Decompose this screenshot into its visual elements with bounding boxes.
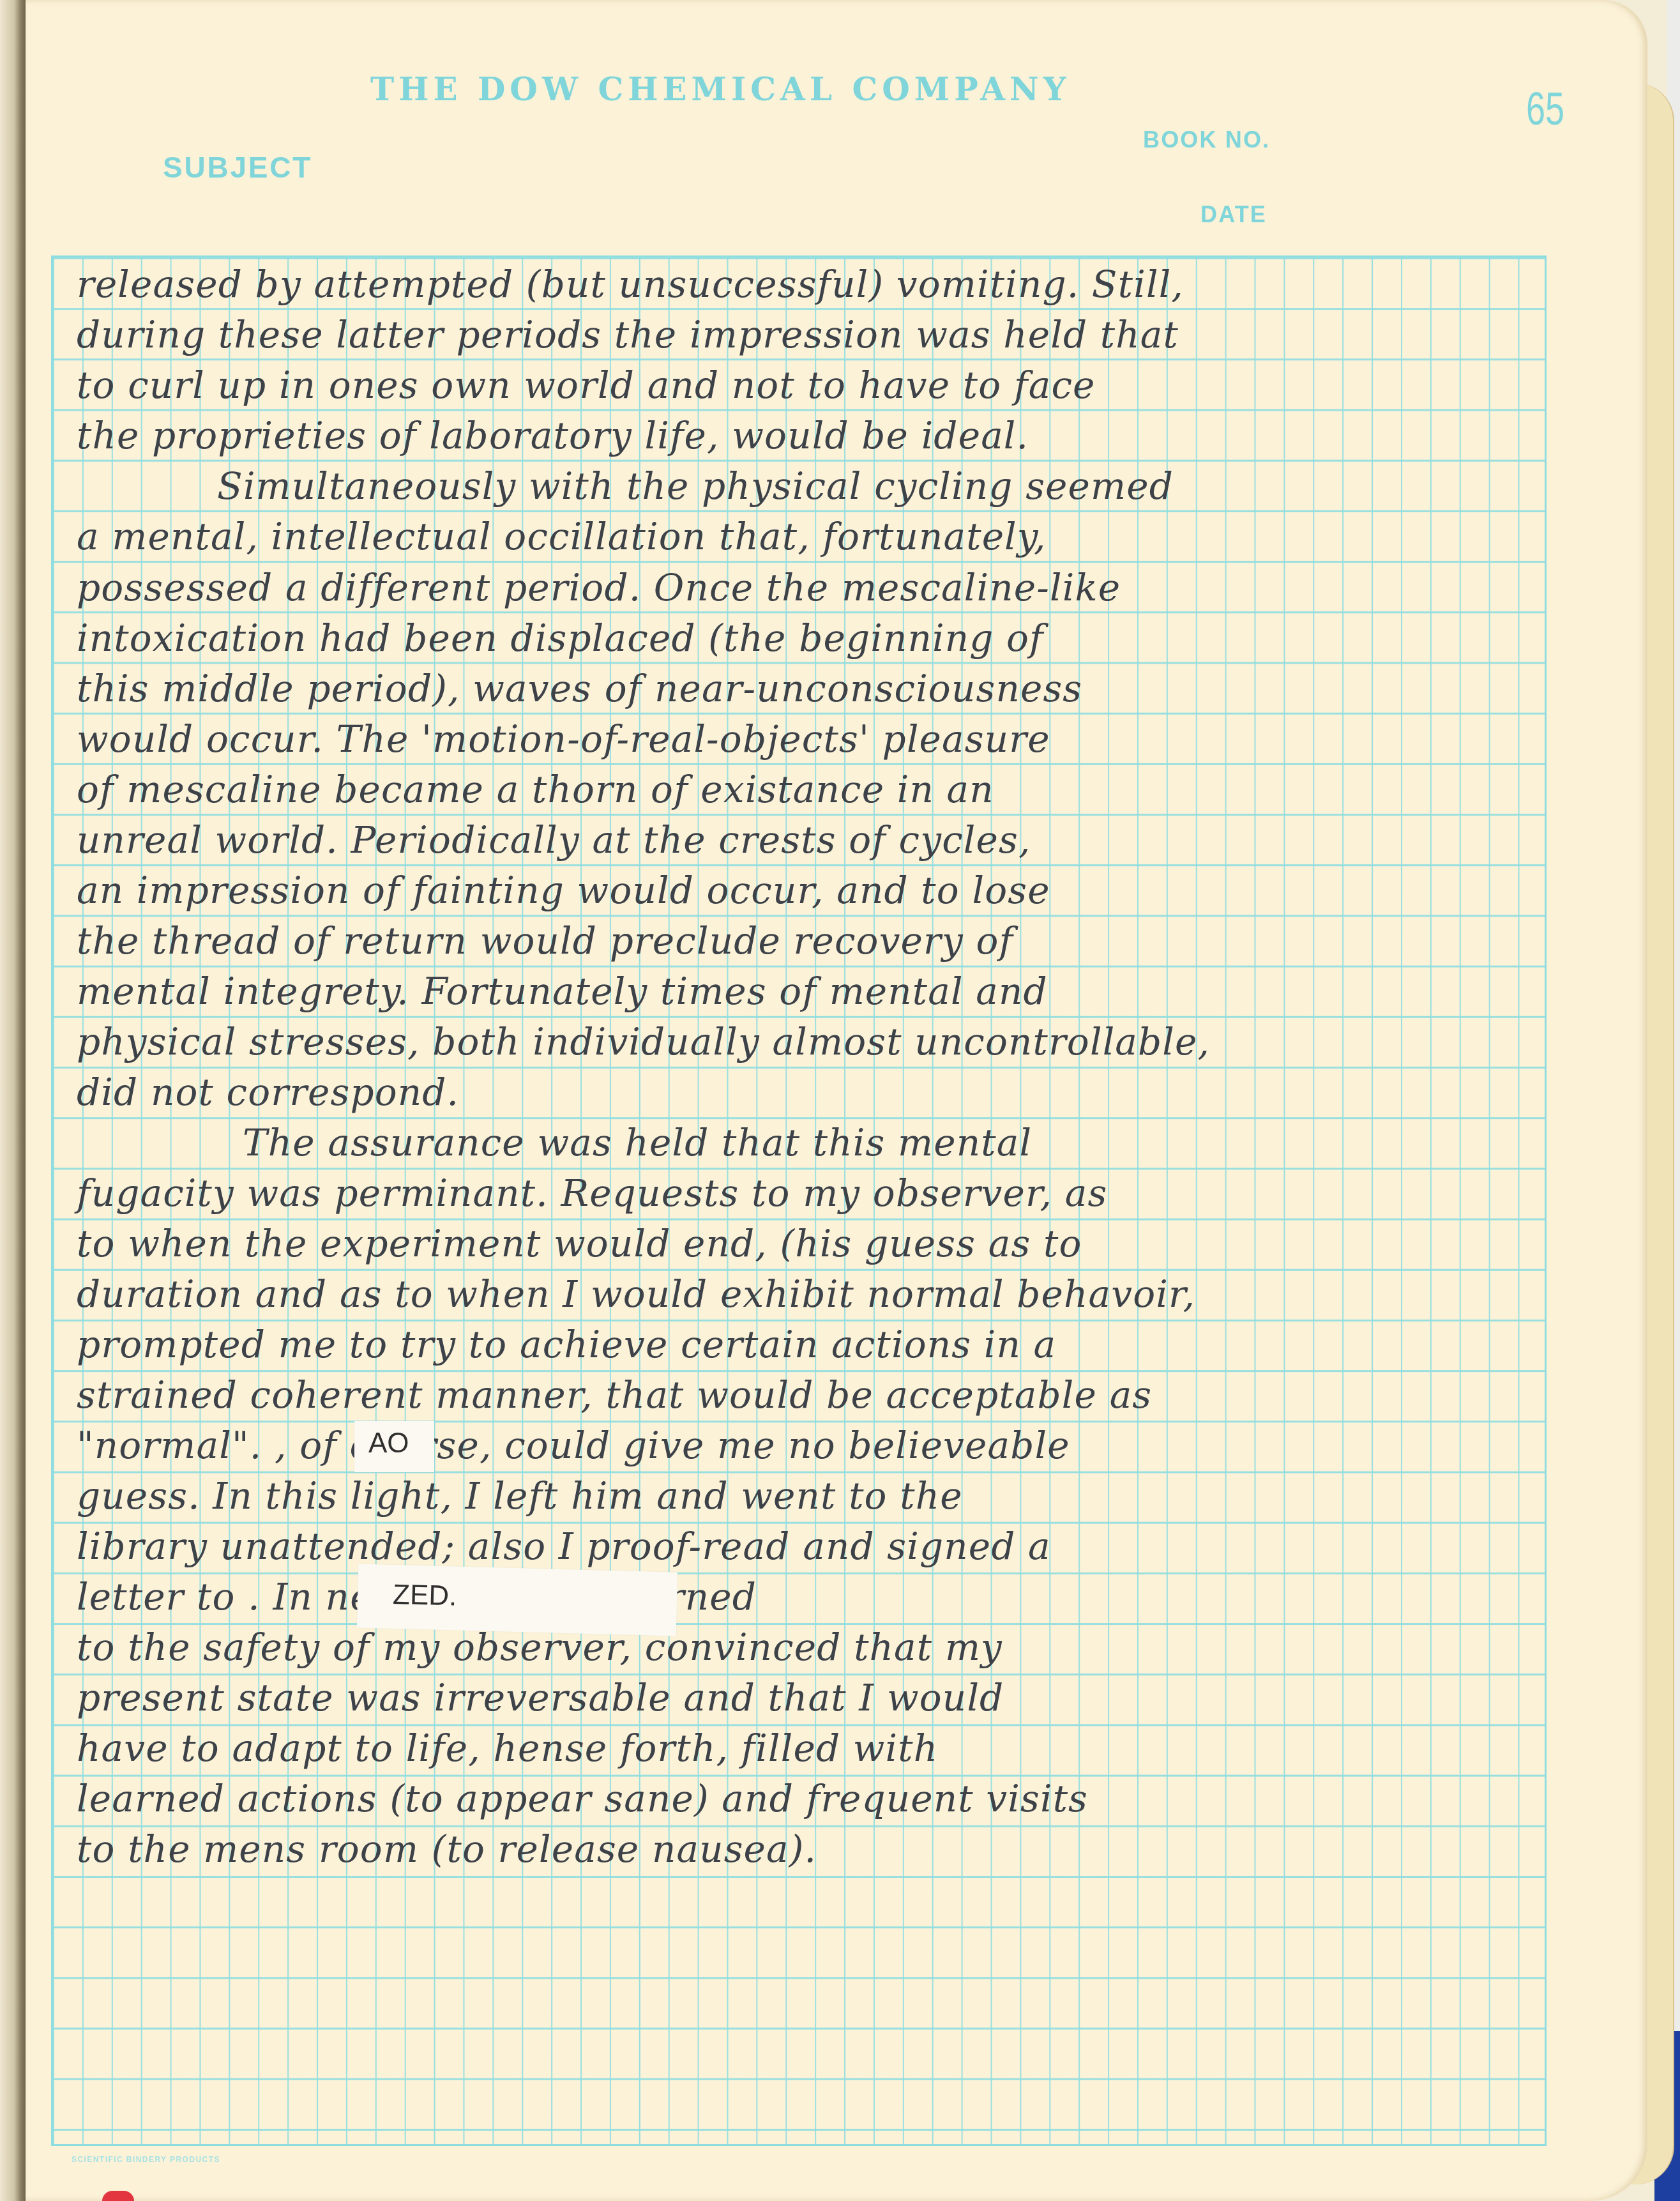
redaction-label: ZED. [392,1579,457,1613]
handwritten-line: physical stresses, both individually alm… [77,1016,1210,1067]
redaction-patch: ZED. [357,1564,677,1636]
handwritten-line: duration and as to when I would exhibit … [77,1268,1195,1320]
handwritten-line: released by attempted (but unsuccessful)… [77,259,1184,310]
handwritten-line: this middle period), waves of near-uncon… [77,663,1082,714]
handwritten-line: unreal world. Periodically at the crests… [77,814,1031,865]
handwritten-line: during these latter periods the impressi… [77,309,1179,360]
handwritten-line: to the mens room (to release nausea). [77,1824,817,1875]
redaction-label: AO [368,1428,409,1459]
handwritten-line: library unattended; also I proof-read an… [77,1521,1051,1572]
handwritten-line: would occur. The 'motion-of-real-objects… [77,713,1050,765]
handwritten-line: did not correspond. [77,1067,459,1118]
handwritten-line: the thread of return would preclude reco… [77,915,1013,966]
handwritten-line: a mental, intellectual occillation that,… [77,511,1047,562]
handwritten-line: Simultaneously with the physical cycling… [217,461,1174,512]
handwritten-line: The assurance was held that this mental [243,1117,1032,1168]
handwritten-line: fugacity was perminant. Requests to my o… [77,1168,1107,1219]
redaction-patch: AO [354,1421,434,1472]
handwritten-text: released by attempted (but unsuccessful)… [0,0,1680,2201]
handwritten-line: an impression of fainting would occur, a… [77,865,1050,916]
handwritten-line: to curl up in ones own world and not to … [77,360,1096,411]
handwritten-line: strained coherent manner, that would be … [77,1369,1152,1420]
handwritten-line: prompted me to try to achieve certain ac… [77,1319,1056,1370]
handwritten-line: the proprieties of laboratory life, woul… [77,410,1029,461]
handwritten-line: present state was irreversable and that … [77,1672,1004,1723]
handwritten-line: mental integrety. Fortunately times of m… [77,966,1048,1017]
handwritten-line: learned actions (to appear sane) and fre… [77,1773,1088,1824]
handwritten-line: guess. In this light, I left him and wen… [77,1470,963,1521]
handwritten-line: have to adapt to life, hense forth, fill… [77,1723,938,1774]
handwritten-line: "normal". , of course, could give me no … [77,1420,1070,1471]
handwritten-line: intoxication had been displaced (the beg… [77,613,1044,664]
handwritten-line: of mescaline became a thorn of existance… [77,764,994,815]
handwritten-line: to when the experiment would end, (his g… [77,1218,1082,1269]
handwritten-line: possessed a different period. Once the m… [77,562,1121,613]
